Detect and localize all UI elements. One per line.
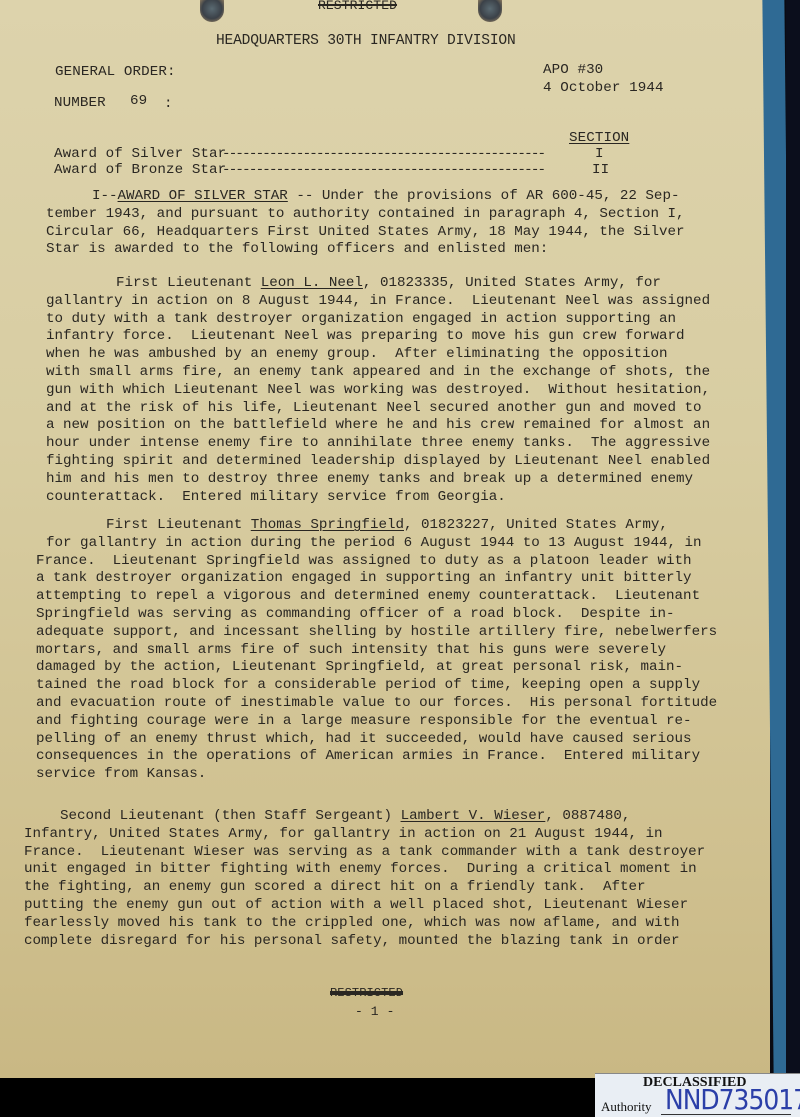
declassified-stamp: DECLASSIFIED Authority NND735017 (595, 1073, 800, 1117)
number-label: NUMBER (54, 95, 106, 113)
punch-hole-left (200, 0, 224, 22)
punch-hole-right (478, 0, 502, 22)
contents-title: Award of Silver Star (54, 146, 226, 164)
contents-leader: ----------------------------------------… (222, 162, 544, 180)
apo-number: APO #30 (543, 62, 603, 80)
authority-label: Authority (601, 1099, 652, 1115)
section-heading: SECTION (569, 130, 629, 148)
general-order-label: GENERAL ORDER: (55, 64, 176, 82)
document-page: RESTRICTED HEADQUARTERS 30TH INFANTRY DI… (0, 0, 770, 1078)
background-edge (786, 0, 800, 1117)
classification-top: RESTRICTED (318, 0, 397, 15)
recipient-name: Thomas Springfield (251, 517, 404, 533)
contents-leader: ----------------------------------------… (222, 146, 544, 164)
citation-neel: First Lieutenant Leon L. Neel, 01823335,… (46, 275, 726, 506)
section-prefix: I-- (92, 188, 118, 204)
recipient-name: Lambert V. Wieser (401, 808, 546, 824)
authority-underline (661, 1114, 791, 1115)
contents-section: II (592, 162, 609, 180)
bottom-shadow (0, 1078, 595, 1117)
number-value: 69 (130, 93, 147, 111)
section-heading-text: AWARD OF SILVER STAR (118, 188, 288, 204)
section-i-intro: I--AWARD OF SILVER STAR -- Under the pro… (46, 188, 726, 259)
classification-bottom: RESTRICTED (330, 985, 403, 1003)
contents-title: Award of Bronze Star (54, 162, 226, 180)
recipient-name: Leon L. Neel (261, 275, 363, 291)
order-date: 4 October 1944 (543, 80, 664, 98)
citation-wieser: Second Lieutenant (then Staff Sergeant) … (24, 808, 704, 950)
contents-section: I (595, 146, 604, 164)
authority-value: NND735017 (665, 1084, 800, 1116)
citation-springfield: First Lieutenant Thomas Springfield, 018… (36, 517, 716, 784)
division-title: HEADQUARTERS 30TH INFANTRY DIVISION (216, 33, 516, 51)
page-number: - 1 - (355, 1003, 395, 1021)
number-colon: : (164, 96, 173, 114)
